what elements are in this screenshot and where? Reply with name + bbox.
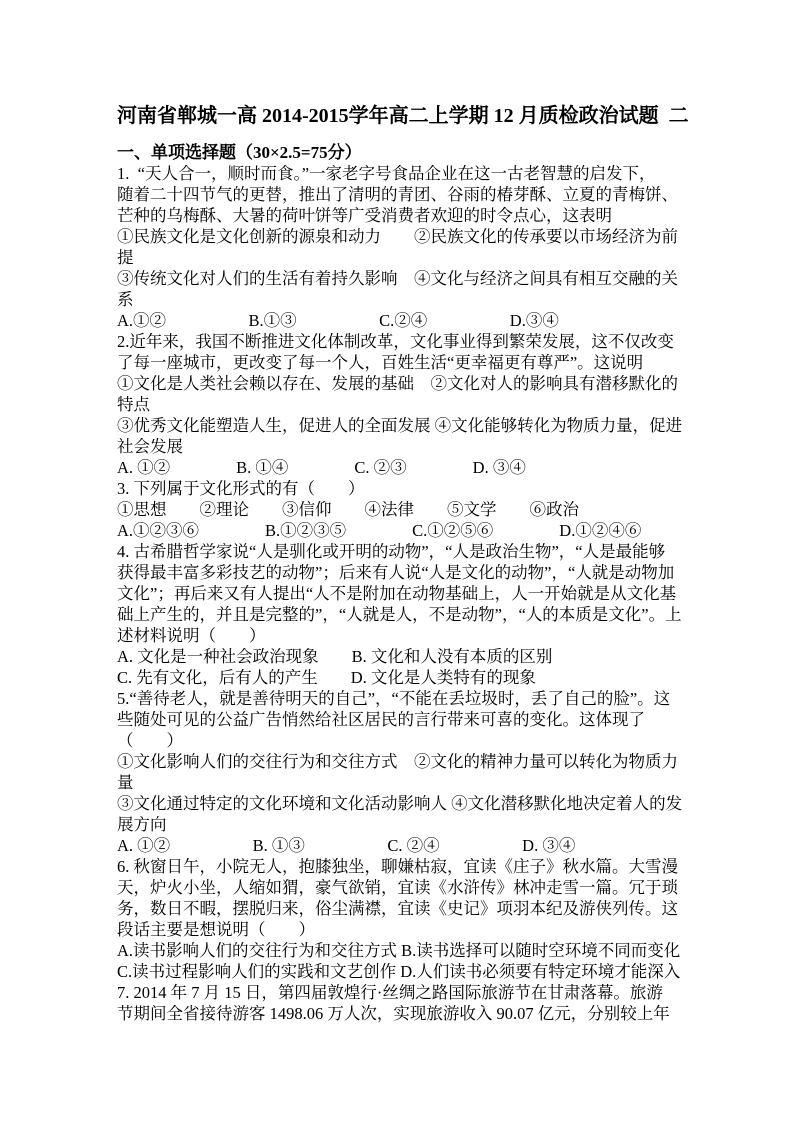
exam-document-page: 河南省郸城一高 2014-2015学年高二上学期 12 月质检政治试题 二 一、… <box>0 0 794 1123</box>
text-line: A. ①② B. ①③ C. ②④ D. ③④ <box>117 835 686 856</box>
text-line: 提 <box>117 247 686 268</box>
text-line: 础上产生的，并且是完整的”，“人就是人，不是动物”，“人的本质是文化”。上 <box>117 604 686 625</box>
text-line: 系 <box>117 289 686 310</box>
text-line: 段话主要是想说明（ ） <box>117 919 686 940</box>
text-line: （ ） <box>117 730 686 751</box>
text-line: ①文化影响人们的交往行为和交往方式 ②文化的精神力量可以转化为物质力 <box>117 751 686 772</box>
text-line: ③优秀文化能塑造人生，促进人的全面发展 ④文化能够转化为物质力量，促进 <box>117 415 686 436</box>
question-5: 5.“善待老人，就是善待明天的自己”，“不能在丢垃圾时，丢了自己的脸”。这些随处… <box>117 688 686 856</box>
question-1: 1. “天人合一，顺时而食。”一家老字号食品企业在这一古老智慧的启发下，随着二十… <box>117 163 686 331</box>
text-line: 2.近年来，我国不断推进文化体制改革，文化事业得到繁荣发展，这不仅改变 <box>117 331 686 352</box>
text-line: 5.“善待老人，就是善待明天的自己”，“不能在丢垃圾时，丢了自己的脸”。这 <box>117 688 686 709</box>
text-line: 些随处可见的公益广告悄然给社区居民的言行带来可喜的变化。这体现了 <box>117 709 686 730</box>
text-line: ①文化是人类社会赖以存在、发展的基础 ②文化对人的影响具有潜移默化的 <box>117 373 686 394</box>
text-line: 3. 下列属于文化形式的有（ ） <box>117 478 686 499</box>
question-3: 3. 下列属于文化形式的有（ ）①思想 ②理论 ③信仰 ④法律 ⑤文学 ⑥政治A… <box>117 478 686 541</box>
text-line: ③文化通过特定的文化环境和文化活动影响人 ④文化潜移默化地决定着人的发 <box>117 793 686 814</box>
question-7: 7. 2014 年 7 月 15 日，第四届敦煌行·丝绸之路国际旅游节在甘肃落幕… <box>117 982 686 1024</box>
text-line: 随着二十四节气的更替，推出了清明的青团、谷雨的椿芽酥、立夏的青梅饼、 <box>117 184 686 205</box>
text-line: A.①② B.①③ C.②④ D.③④ <box>117 310 686 331</box>
text-line: 述材料说明（ ） <box>117 625 686 646</box>
section-heading: 一、单项选择题（30×2.5=75分） <box>117 142 686 163</box>
text-line: A. ①② B. ①④ C. ②③ D. ③④ <box>117 457 686 478</box>
text-line: 展方向 <box>117 814 686 835</box>
question-4: 4. 古希腊哲学家说“人是驯化或开明的动物”，“人是政治生物”，“人是最能够获得… <box>117 541 686 688</box>
question-2: 2.近年来，我国不断推进文化体制改革，文化事业得到繁荣发展，这不仅改变了每一座城… <box>117 331 686 478</box>
text-line: 量 <box>117 772 686 793</box>
text-line: 获得最丰富多彩技艺的动物”；后来有人说“人是文化的动物”，“人就是动物加 <box>117 562 686 583</box>
text-line: 特点 <box>117 394 686 415</box>
text-line: A. 文化是一种社会政治现象 B. 文化和人没有本质的区别 <box>117 646 686 667</box>
text-line: A.读书影响人们的交往行为和交往方式 B.读书选择可以随时空环境不同而变化 <box>117 940 686 961</box>
text-line: A.①②③⑥ B.①②③⑤ C.①②⑤⑥ D.①②④⑥ <box>117 520 686 541</box>
document-title: 河南省郸城一高 2014-2015学年高二上学期 12 月质检政治试题 二 <box>117 104 686 129</box>
text-line: 节期间全省接待游客 1498.06 万人次，实现旅游收入 90.07 亿元，分别… <box>117 1003 686 1024</box>
text-line: C. 先有文化，后有人的产生 D. 文化是人类特有的现象 <box>117 667 686 688</box>
text-line: 1. “天人合一，顺时而食。”一家老字号食品企业在这一古老智慧的启发下， <box>117 163 686 184</box>
text-line: 文化”；再后来又有人提出“人不是附加在动物基础上，人一开始就是从文化基 <box>117 583 686 604</box>
text-line: 社会发展 <box>117 436 686 457</box>
text-line: 了每一座城市，更改变了每一个人，百姓生活“更幸福更有尊严”。这说明 <box>117 352 686 373</box>
text-line: ③传统文化对人们的生活有着持久影响 ④文化与经济之间具有相互交融的关 <box>117 268 686 289</box>
text-line: 芒种的乌梅酥、大暑的荷叶饼等广受消费者欢迎的时令点心，这表明 <box>117 205 686 226</box>
text-line: ①民族文化是文化创新的源泉和动力 ②民族文化的传承要以市场经济为前 <box>117 226 686 247</box>
text-line: 7. 2014 年 7 月 15 日，第四届敦煌行·丝绸之路国际旅游节在甘肃落幕… <box>117 982 686 1003</box>
text-line: 务，数日不暇，摆脱归来，俗尘满襟，宜读《史记》项羽本纪及游侠列传。这 <box>117 898 686 919</box>
text-line: C.读书过程影响人们的实践和文艺创作 D.人们读书必须要有特定环境才能深入 <box>117 961 686 982</box>
question-6: 6. 秋窗日午，小院无人，抱膝独坐，聊嫌枯寂，宜读《庄子》秋水篇。大雪漫天，炉火… <box>117 856 686 982</box>
text-line: 天，炉火小坐，人缩如猬，豪气欲销，宜读《水浒传》林冲走雪一篇。冗于琐 <box>117 877 686 898</box>
text-line: 6. 秋窗日午，小院无人，抱膝独坐，聊嫌枯寂，宜读《庄子》秋水篇。大雪漫 <box>117 856 686 877</box>
text-line: ①思想 ②理论 ③信仰 ④法律 ⑤文学 ⑥政治 <box>117 499 686 520</box>
text-line: 4. 古希腊哲学家说“人是驯化或开明的动物”，“人是政治生物”，“人是最能够 <box>117 541 686 562</box>
